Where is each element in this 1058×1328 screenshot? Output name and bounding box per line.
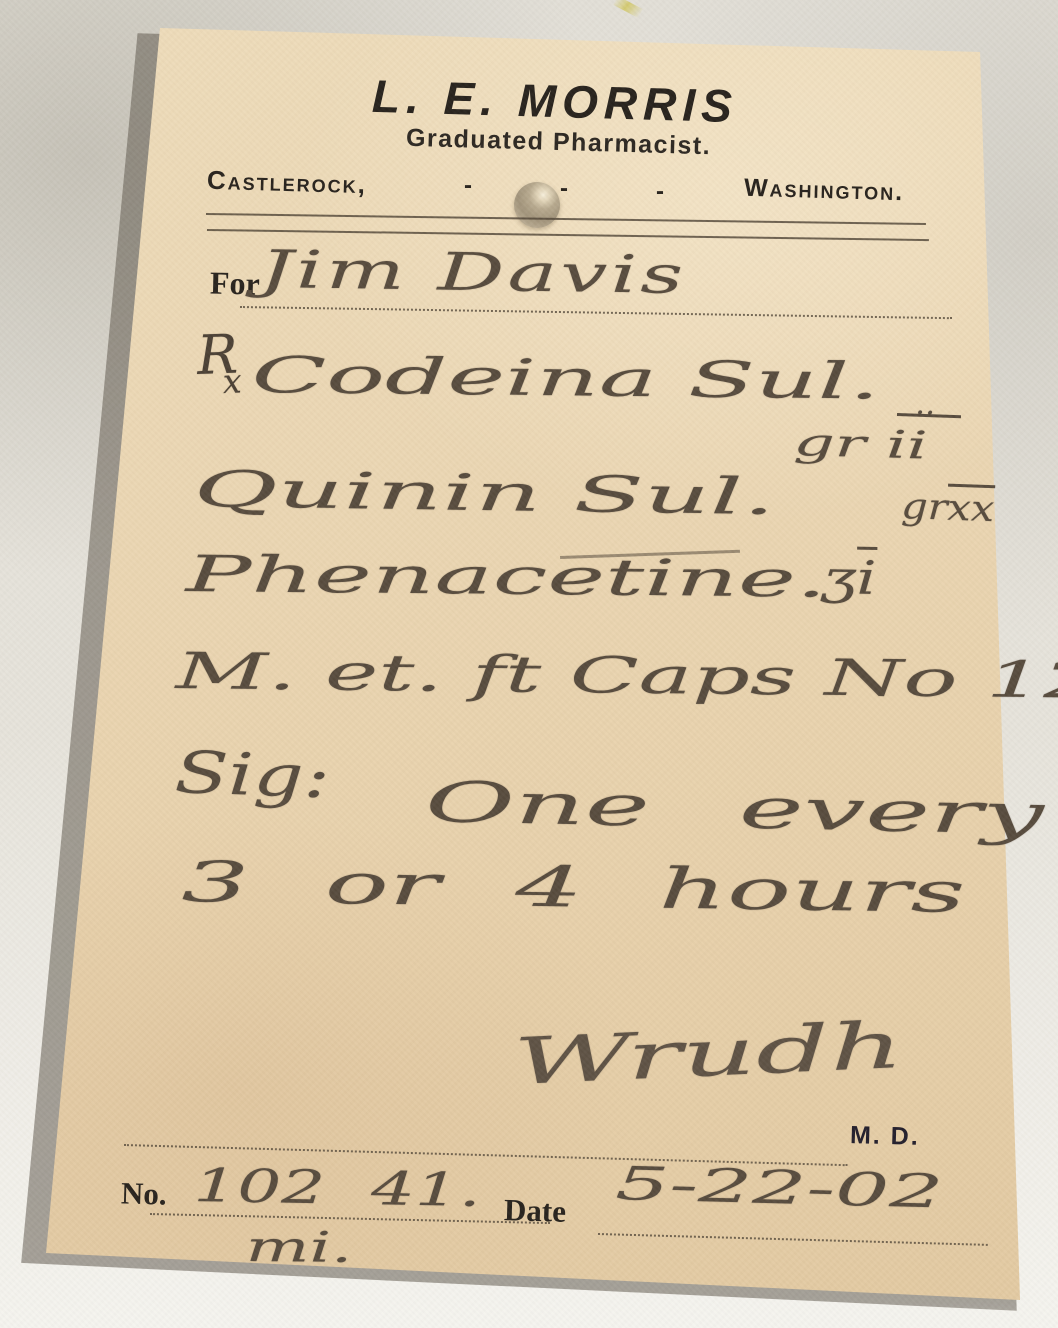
- punch-hole: [514, 182, 560, 228]
- medication-name-2: Quinin Sul.: [193, 460, 776, 526]
- sig-label: Sig:: [174, 738, 331, 811]
- qty-unit: ʒ: [821, 550, 857, 605]
- dots-over-bar: ‥: [897, 396, 962, 418]
- photo-scratch-artifact: [613, 0, 642, 18]
- qty-amount: xx: [947, 484, 995, 531]
- rx-symbol: Rx: [196, 322, 242, 386]
- medication-name-1: Codeina Sul.: [251, 346, 880, 411]
- md-label: M. D.: [850, 1121, 920, 1152]
- rx-letter-x: x: [222, 361, 242, 401]
- separator-dash-1: -: [464, 172, 472, 200]
- pharmacy-city: Castlerock,: [207, 165, 368, 200]
- qty-amount: i: [856, 547, 877, 605]
- no-label: No.: [121, 1175, 168, 1212]
- qty-unit: gr: [901, 486, 949, 529]
- medication-qty-1: gr ii: [793, 420, 928, 467]
- mix-instruction: M. et. ft Caps No 12: [175, 642, 1058, 710]
- medication-qty-2: grxx: [901, 486, 995, 530]
- sig-text-line2: 3 or 4 hours: [181, 850, 966, 926]
- separator-dash-3: -: [656, 178, 664, 206]
- no-value: 102 41.: [193, 1158, 481, 1217]
- patient-label: For: [210, 264, 261, 302]
- date-value: 5-22-02: [615, 1156, 945, 1219]
- qty-dots-1: ‥: [897, 386, 962, 423]
- medication-qty-3: ʒi: [821, 550, 877, 605]
- medication-name-3: Phenacetine.: [185, 545, 827, 609]
- qty-unit: gr: [793, 420, 866, 466]
- note-mi: mi.: [246, 1222, 353, 1272]
- photo-backdrop: L. E. MORRIS Graduated Pharmacist. Castl…: [0, 0, 1058, 1328]
- pharmacy-state: Washington.: [744, 174, 905, 207]
- sig-text-line1: One every: [425, 770, 1045, 848]
- patient-name: Jim Davis: [259, 240, 687, 306]
- date-label: Date: [504, 1192, 567, 1230]
- qty-amount: ii: [886, 422, 928, 467]
- separator-dash-2: -: [560, 175, 568, 203]
